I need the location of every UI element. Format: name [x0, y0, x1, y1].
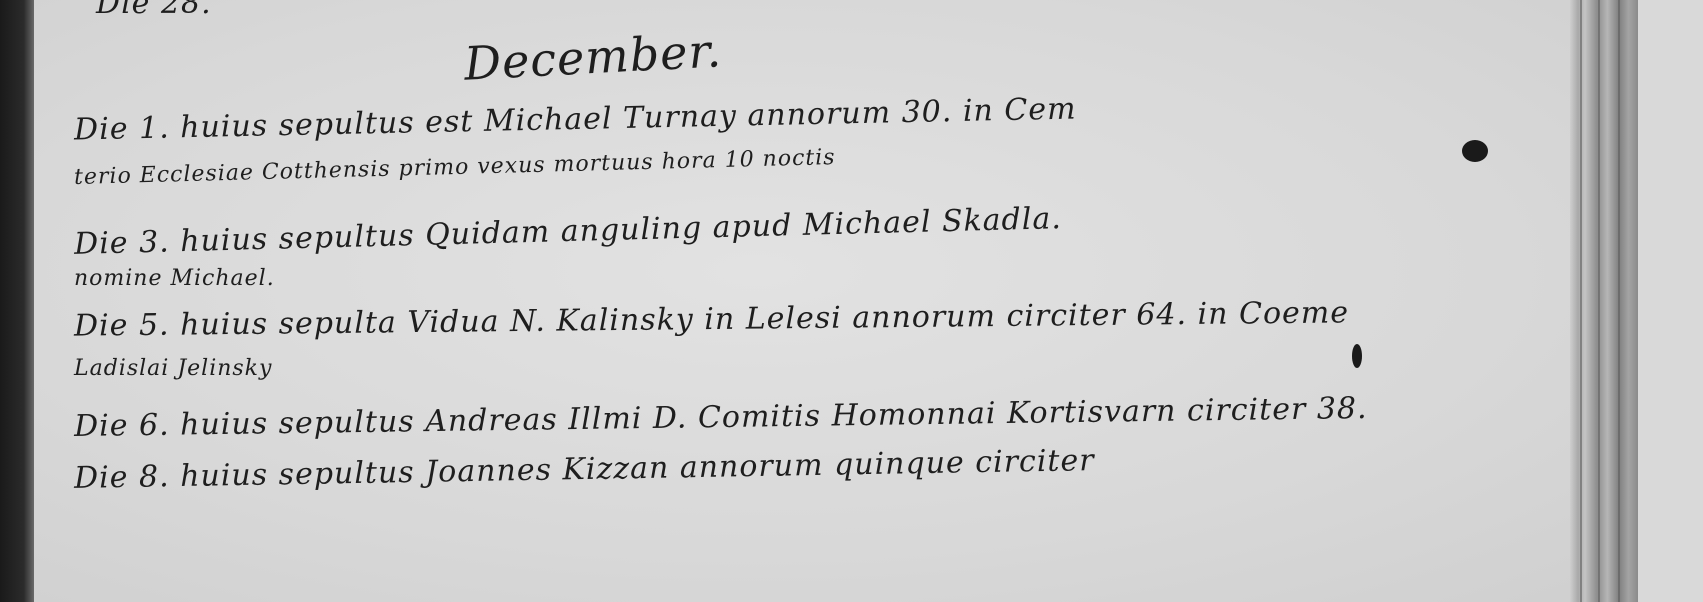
ink-blot — [1352, 344, 1362, 368]
page-edge-line — [1618, 0, 1620, 602]
page-edge-fold — [1570, 0, 1638, 602]
page-heading-month: December. — [463, 23, 723, 90]
entry-4-line: Die 6. huius sepultus Andreas Illmi D. C… — [74, 391, 1368, 444]
page-edge-line — [1580, 0, 1582, 602]
top-fragment-text: Die 28. — [96, 0, 212, 21]
entry-3-line: Die 5. huius sepulta Vidua N. Kalinsky i… — [74, 295, 1349, 343]
book-binding-shadow — [0, 0, 34, 602]
entry-3-continuation: Ladislai Jelinsky — [74, 356, 272, 381]
entry-1-line: Die 1. huius sepultus est Michael Turnay… — [74, 92, 1077, 148]
ink-blot — [1462, 140, 1488, 162]
entry-5-line: Die 8. huius sepultus Joannes Kizzan ann… — [74, 443, 1095, 496]
register-page: Die 28. December. Die 1. huius sepultus … — [34, 0, 1638, 602]
entry-2-line: Die 3. huius sepultus Quidam anguling ap… — [74, 201, 1063, 262]
page-edge-line — [1598, 0, 1600, 602]
entry-1-continuation: terio Ecclesiae Cotthensis primo vexus m… — [74, 145, 836, 190]
entry-2-continuation: nomine Michael. — [74, 266, 275, 291]
